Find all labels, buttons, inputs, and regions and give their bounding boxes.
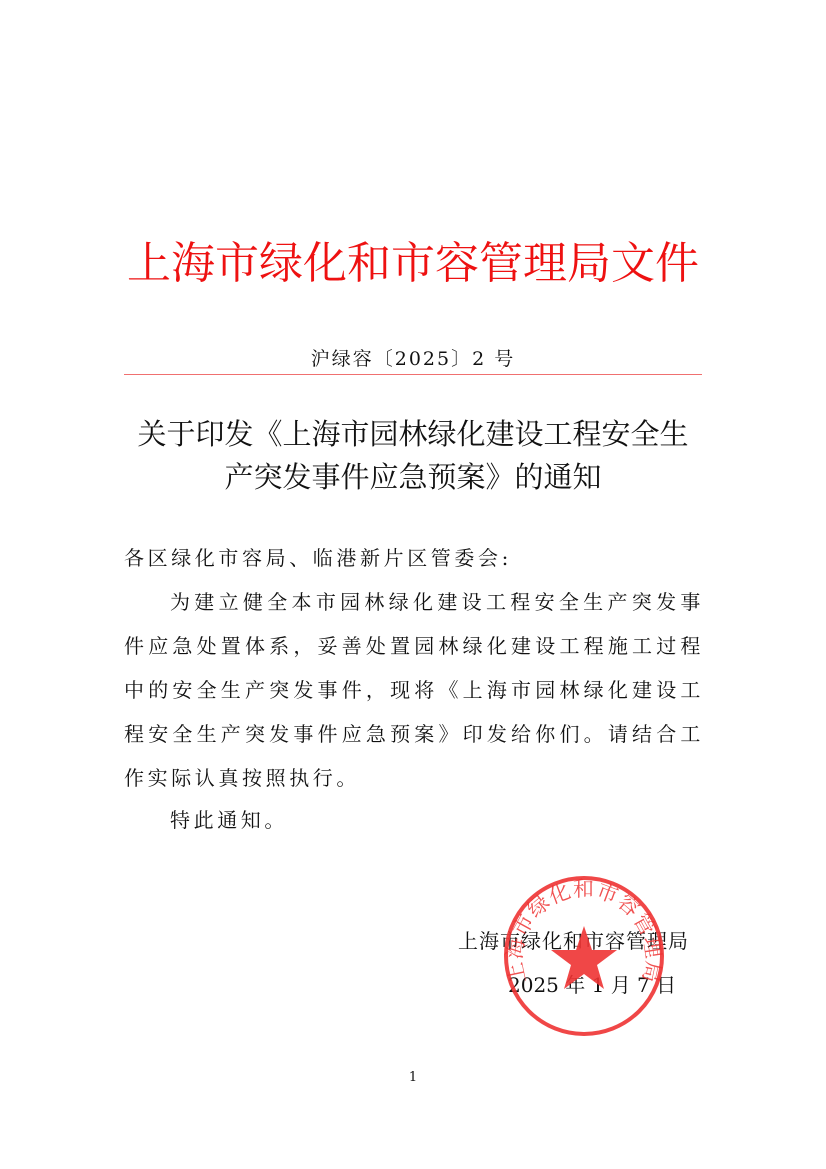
red-divider [124,374,702,375]
addressee: 各区绿化市容局、临港新片区管委会: [124,536,704,580]
masthead-title: 上海市绿化和市容管理局文件 [0,234,826,294]
notice-title: 关于印发《上海市园林绿化建设工程安全生 产突发事件应急预案》的通知 [110,413,716,499]
closing-line: 特此通知。 [124,798,704,842]
official-seal: 上海市绿化和市容管理局 [502,874,666,1038]
page-number: 1 [0,1070,826,1085]
title-line-1: 关于印发《上海市园林绿化建设工程安全生 [110,413,716,456]
star-icon [551,926,617,989]
body-paragraph: 为建立健全本市园林绿化建设工程安全生产突发事件应急处置体系，妥善处置园林绿化建设… [124,580,704,800]
document-number: 沪绿容〔2025〕2 号 [0,346,826,372]
title-line-2: 产突发事件应急预案》的通知 [110,456,716,499]
